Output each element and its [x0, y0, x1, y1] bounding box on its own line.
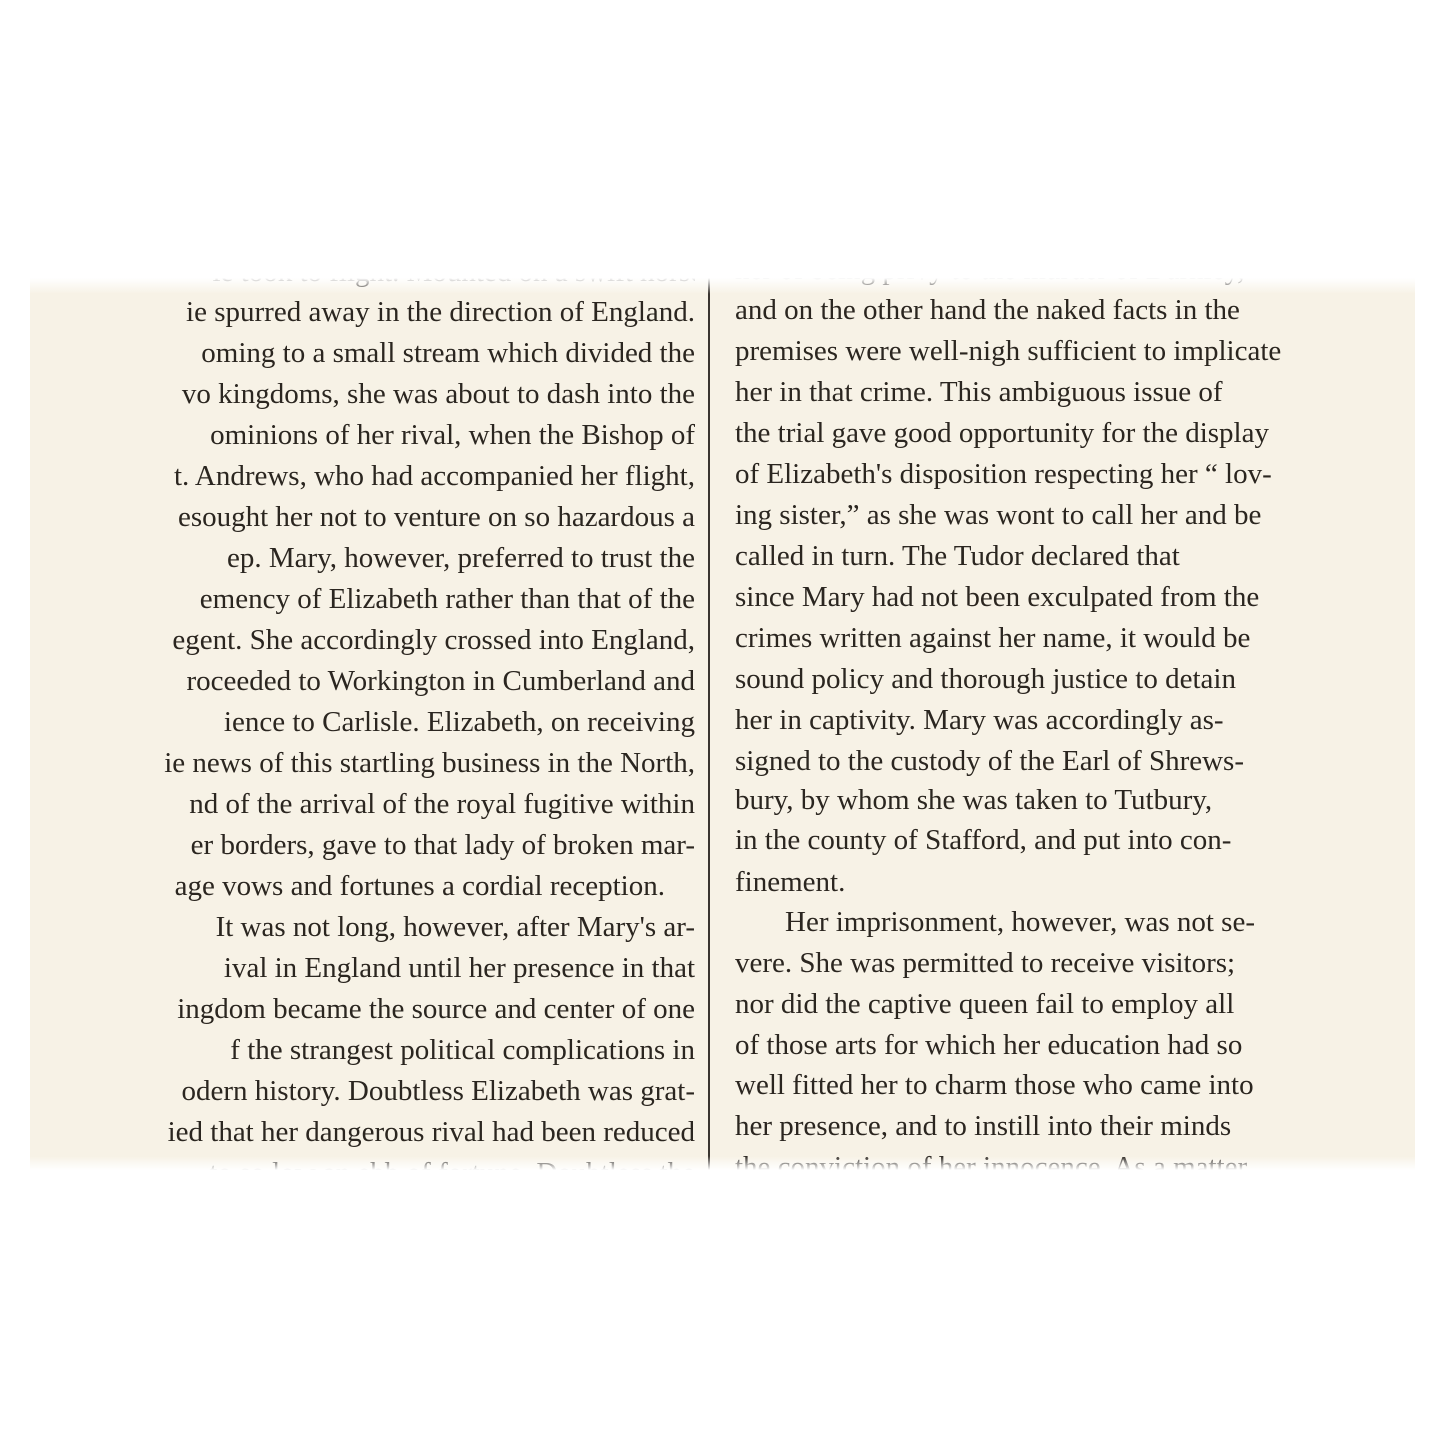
text-line: her in that crime. This ambiguous issue … — [735, 372, 1223, 412]
text-line: ie spurred away in the direction of Engl… — [186, 292, 695, 332]
text-line: well fitted her to charm those who came … — [735, 1065, 1254, 1105]
text-line: sound policy and thorough justice to det… — [735, 659, 1236, 699]
text-line: her in captivity. Mary was accordingly a… — [735, 700, 1224, 740]
text-line: nor did the captive queen fail to employ… — [735, 984, 1234, 1024]
text-line: t. Andrews, who had accompanied her flig… — [174, 456, 695, 496]
text-line: age vows and fortunes a cordial receptio… — [175, 866, 665, 906]
top-crop-edge — [30, 278, 1415, 294]
text-line: ing sister,” as she was wont to call her… — [735, 495, 1261, 535]
text-line: bury, by whom she was taken to Tutbury, — [735, 780, 1212, 820]
text-line: nd of the arrival of the royal fugitive … — [189, 784, 695, 824]
text-line: her presence, and to instill into their … — [735, 1106, 1231, 1146]
text-line: Her imprisonment, however, was not se- — [785, 902, 1255, 942]
text-line: in the county of Stafford, and put into … — [735, 820, 1231, 860]
text-line: ival in England until her presence in th… — [224, 948, 695, 988]
text-line: ominions of her rival, when the Bishop o… — [210, 415, 695, 455]
text-line: oming to a small stream which divided th… — [201, 333, 695, 373]
column-divider — [708, 278, 710, 1170]
left-column: ie took to flight. Mounted on a swift ho… — [30, 278, 695, 1170]
text-line: esought her not to venture on so hazardo… — [178, 497, 695, 537]
text-line: ingdom became the source and center of o… — [177, 989, 695, 1029]
text-line: of those arts for which her education ha… — [735, 1025, 1242, 1065]
text-line: the trial gave good opportunity for the … — [735, 413, 1269, 453]
right-column: her of being privy to the murder of Darn… — [735, 278, 1415, 1170]
text-line: finement. — [735, 862, 845, 902]
text-line: of Elizabeth's disposition respecting he… — [735, 454, 1272, 494]
text-line: premises were well-nigh sufficient to im… — [735, 331, 1281, 371]
text-line: emency of Elizabeth rather than that of … — [200, 579, 695, 619]
text-line: ience to Carlisle. Elizabeth, on receivi… — [224, 702, 695, 742]
text-line: since Mary had not been exculpated from … — [735, 577, 1259, 617]
text-line: ied that her dangerous rival had been re… — [168, 1112, 695, 1152]
text-line: ie news of this startling business in th… — [164, 743, 695, 783]
text-line: called in turn. The Tudor declared that — [735, 536, 1180, 576]
text-line: vere. She was permitted to receive visit… — [735, 943, 1235, 983]
text-line: and on the other hand the naked facts in… — [735, 290, 1240, 330]
text-line: egent. She accordingly crossed into Engl… — [172, 620, 695, 660]
text-line: ep. Mary, however, preferred to trust th… — [227, 538, 695, 578]
text-line: odern history. Doubtless Elizabeth was g… — [181, 1071, 695, 1111]
text-line: signed to the custody of the Earl of Shr… — [735, 741, 1244, 781]
scanned-page: ie took to flight. Mounted on a swift ho… — [30, 278, 1415, 1170]
text-line: It was not long, however, after Mary's a… — [216, 907, 695, 947]
text-line: er borders, gave to that lady of broken … — [191, 825, 695, 865]
text-line: roceeded to Workington in Cumberland and — [186, 661, 695, 701]
text-line: vo kingdoms, she was about to dash into … — [182, 374, 695, 414]
text-line: crimes written against her name, it woul… — [735, 618, 1250, 658]
bottom-crop-edge — [30, 1156, 1415, 1170]
text-line: f the strangest political complications … — [230, 1030, 695, 1070]
